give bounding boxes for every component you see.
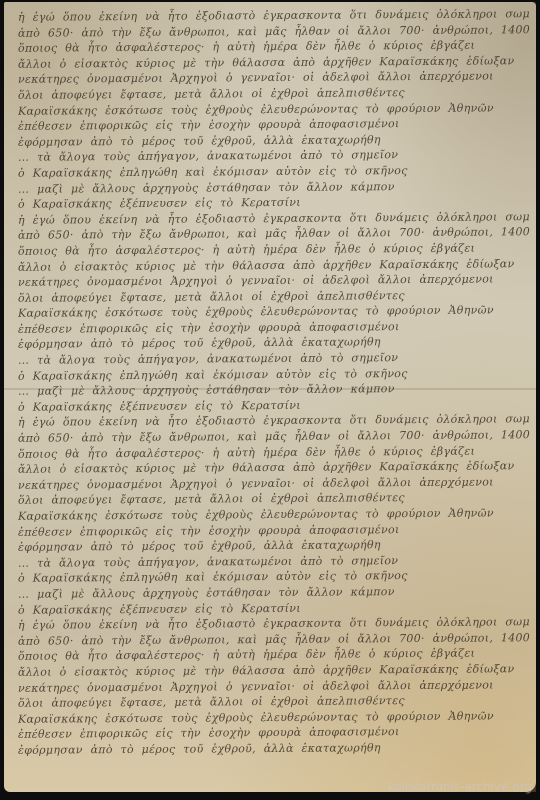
watermark: kolokotronis-archive.org (388, 780, 532, 794)
manuscript-line: ἐφόρμησαν ἀπὸ τὸ μέρος τοῦ ἐχθροῦ, ἀλλὰ … (18, 739, 530, 758)
handwritten-text: ἡ ἐγώ ὅπου ἐκείνη νὰ ἦτο ἐξοδιαστὸ ἐγκρα… (18, 8, 530, 762)
manuscript-page: ἡ ἐγώ ὅπου ἐκείνη νὰ ἦτο ἐξοδιαστὸ ἐγκρα… (4, 2, 536, 792)
